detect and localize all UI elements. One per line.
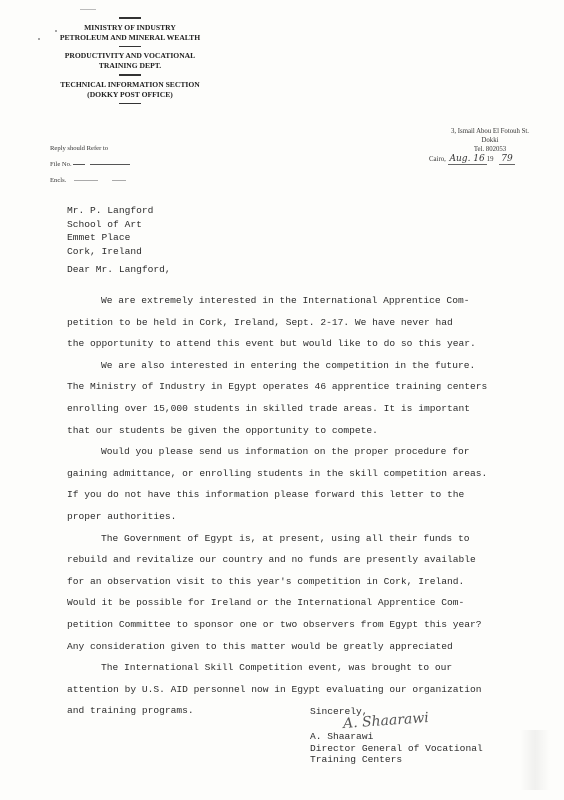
file-no-label: File No. <box>50 161 72 168</box>
letter-page: MINISTRY OF INDUSTRY PETROLEUM AND MINER… <box>0 0 564 800</box>
body-line: petition to be held in Cork, Ireland, Se… <box>67 312 547 334</box>
recipient-street: Emmet Place <box>67 231 153 245</box>
recipient-city: Cork, Ireland <box>67 245 153 259</box>
file-no-blank <box>90 164 130 165</box>
file-no-row: File No. <box>50 157 130 173</box>
salutation: Dear Mr. Langford, <box>67 264 171 275</box>
reference-block: Reply should Refer to File No. Encls. <box>50 141 130 189</box>
body-line: If you do not have this information plea… <box>67 484 547 506</box>
body-line: We are also interested in entering the c… <box>67 355 547 377</box>
letter-body: We are extremely interested in the Inter… <box>67 290 547 722</box>
body-line: The International Skill Competition even… <box>67 657 547 679</box>
letterhead-dept: PRODUCTIVITY AND VOCATIONAL <box>40 51 220 61</box>
body-line: the opportunity to attend this event but… <box>67 333 547 355</box>
divider <box>119 74 141 76</box>
letterhead-ministry: MINISTRY OF INDUSTRY <box>40 23 220 33</box>
body-line: Would it be possible for Ireland or the … <box>67 592 547 614</box>
signer-title: Director General of Vocational <box>310 743 483 754</box>
body-line: Would you please send us information on … <box>67 441 547 463</box>
letterhead-section-sub: (DOKKY POST OFFICE) <box>40 90 220 100</box>
recipient-address: Mr. P. Langford School of Art Emmet Plac… <box>67 204 153 258</box>
body-line: Any consideration given to this matter w… <box>67 636 547 658</box>
file-no-blank <box>73 164 85 165</box>
letterhead: MINISTRY OF INDUSTRY PETROLEUM AND MINER… <box>40 14 220 108</box>
signer-name: A. Shaarawi <box>310 731 483 742</box>
divider <box>119 103 141 105</box>
reply-refer-label: Reply should Refer to <box>50 141 130 157</box>
divider <box>119 46 141 48</box>
body-line: gaining admittance, or enrolling student… <box>67 463 547 485</box>
sender-district: Dokki <box>405 136 564 145</box>
date-row: Cairo, Aug. 1619 79 <box>405 155 564 164</box>
date-century: 19 <box>487 156 494 163</box>
letterhead-dept-sub: TRAINING DEPT. <box>40 61 220 71</box>
body-line: rebuild and revitalize our country and n… <box>67 549 547 571</box>
body-line: enrolling over 15,000 students in skille… <box>67 398 547 420</box>
body-line: petition Committee to sponsor one or two… <box>67 614 547 636</box>
recipient-org: School of Art <box>67 218 153 232</box>
body-line: proper authorities. <box>67 506 547 528</box>
letterhead-ministry-sub: PETROLEUM AND MINERAL WEALTH <box>40 33 220 43</box>
year-handwritten: 79 <box>499 154 514 165</box>
encls-blank <box>112 180 126 181</box>
body-line: The Ministry of Industry in Egypt operat… <box>67 376 547 398</box>
body-line: that our students be given the opportuni… <box>67 420 547 442</box>
sender-street: 3, Ismail Abou El Fotouh St. <box>405 127 564 136</box>
recipient-name: Mr. P. Langford <box>67 204 153 218</box>
decorative-mark <box>80 9 96 10</box>
divider <box>119 17 141 19</box>
date-handwritten: Aug. 16 <box>448 154 487 165</box>
letterhead-section: TECHNICAL INFORMATION SECTION <box>40 80 220 90</box>
encls-row: Encls. <box>50 173 130 189</box>
sender-tel: Tel. 802053 <box>405 145 564 154</box>
body-line: The Government of Egypt is, at present, … <box>67 528 547 550</box>
sender-address: 3, Ismail Abou El Fotouh St. Dokki Tel. … <box>405 127 564 164</box>
body-line: attention by U.S. AID personnel now in E… <box>67 679 547 701</box>
scan-smudge <box>520 730 550 790</box>
city-label: Cairo, <box>429 156 446 163</box>
encls-blank <box>74 180 98 181</box>
body-line: for an observation visit to this year's … <box>67 571 547 593</box>
signer-title-cont: Training Centers <box>310 754 483 765</box>
encls-label: Encls. <box>50 177 66 184</box>
body-line: We are extremely interested in the Inter… <box>67 290 547 312</box>
